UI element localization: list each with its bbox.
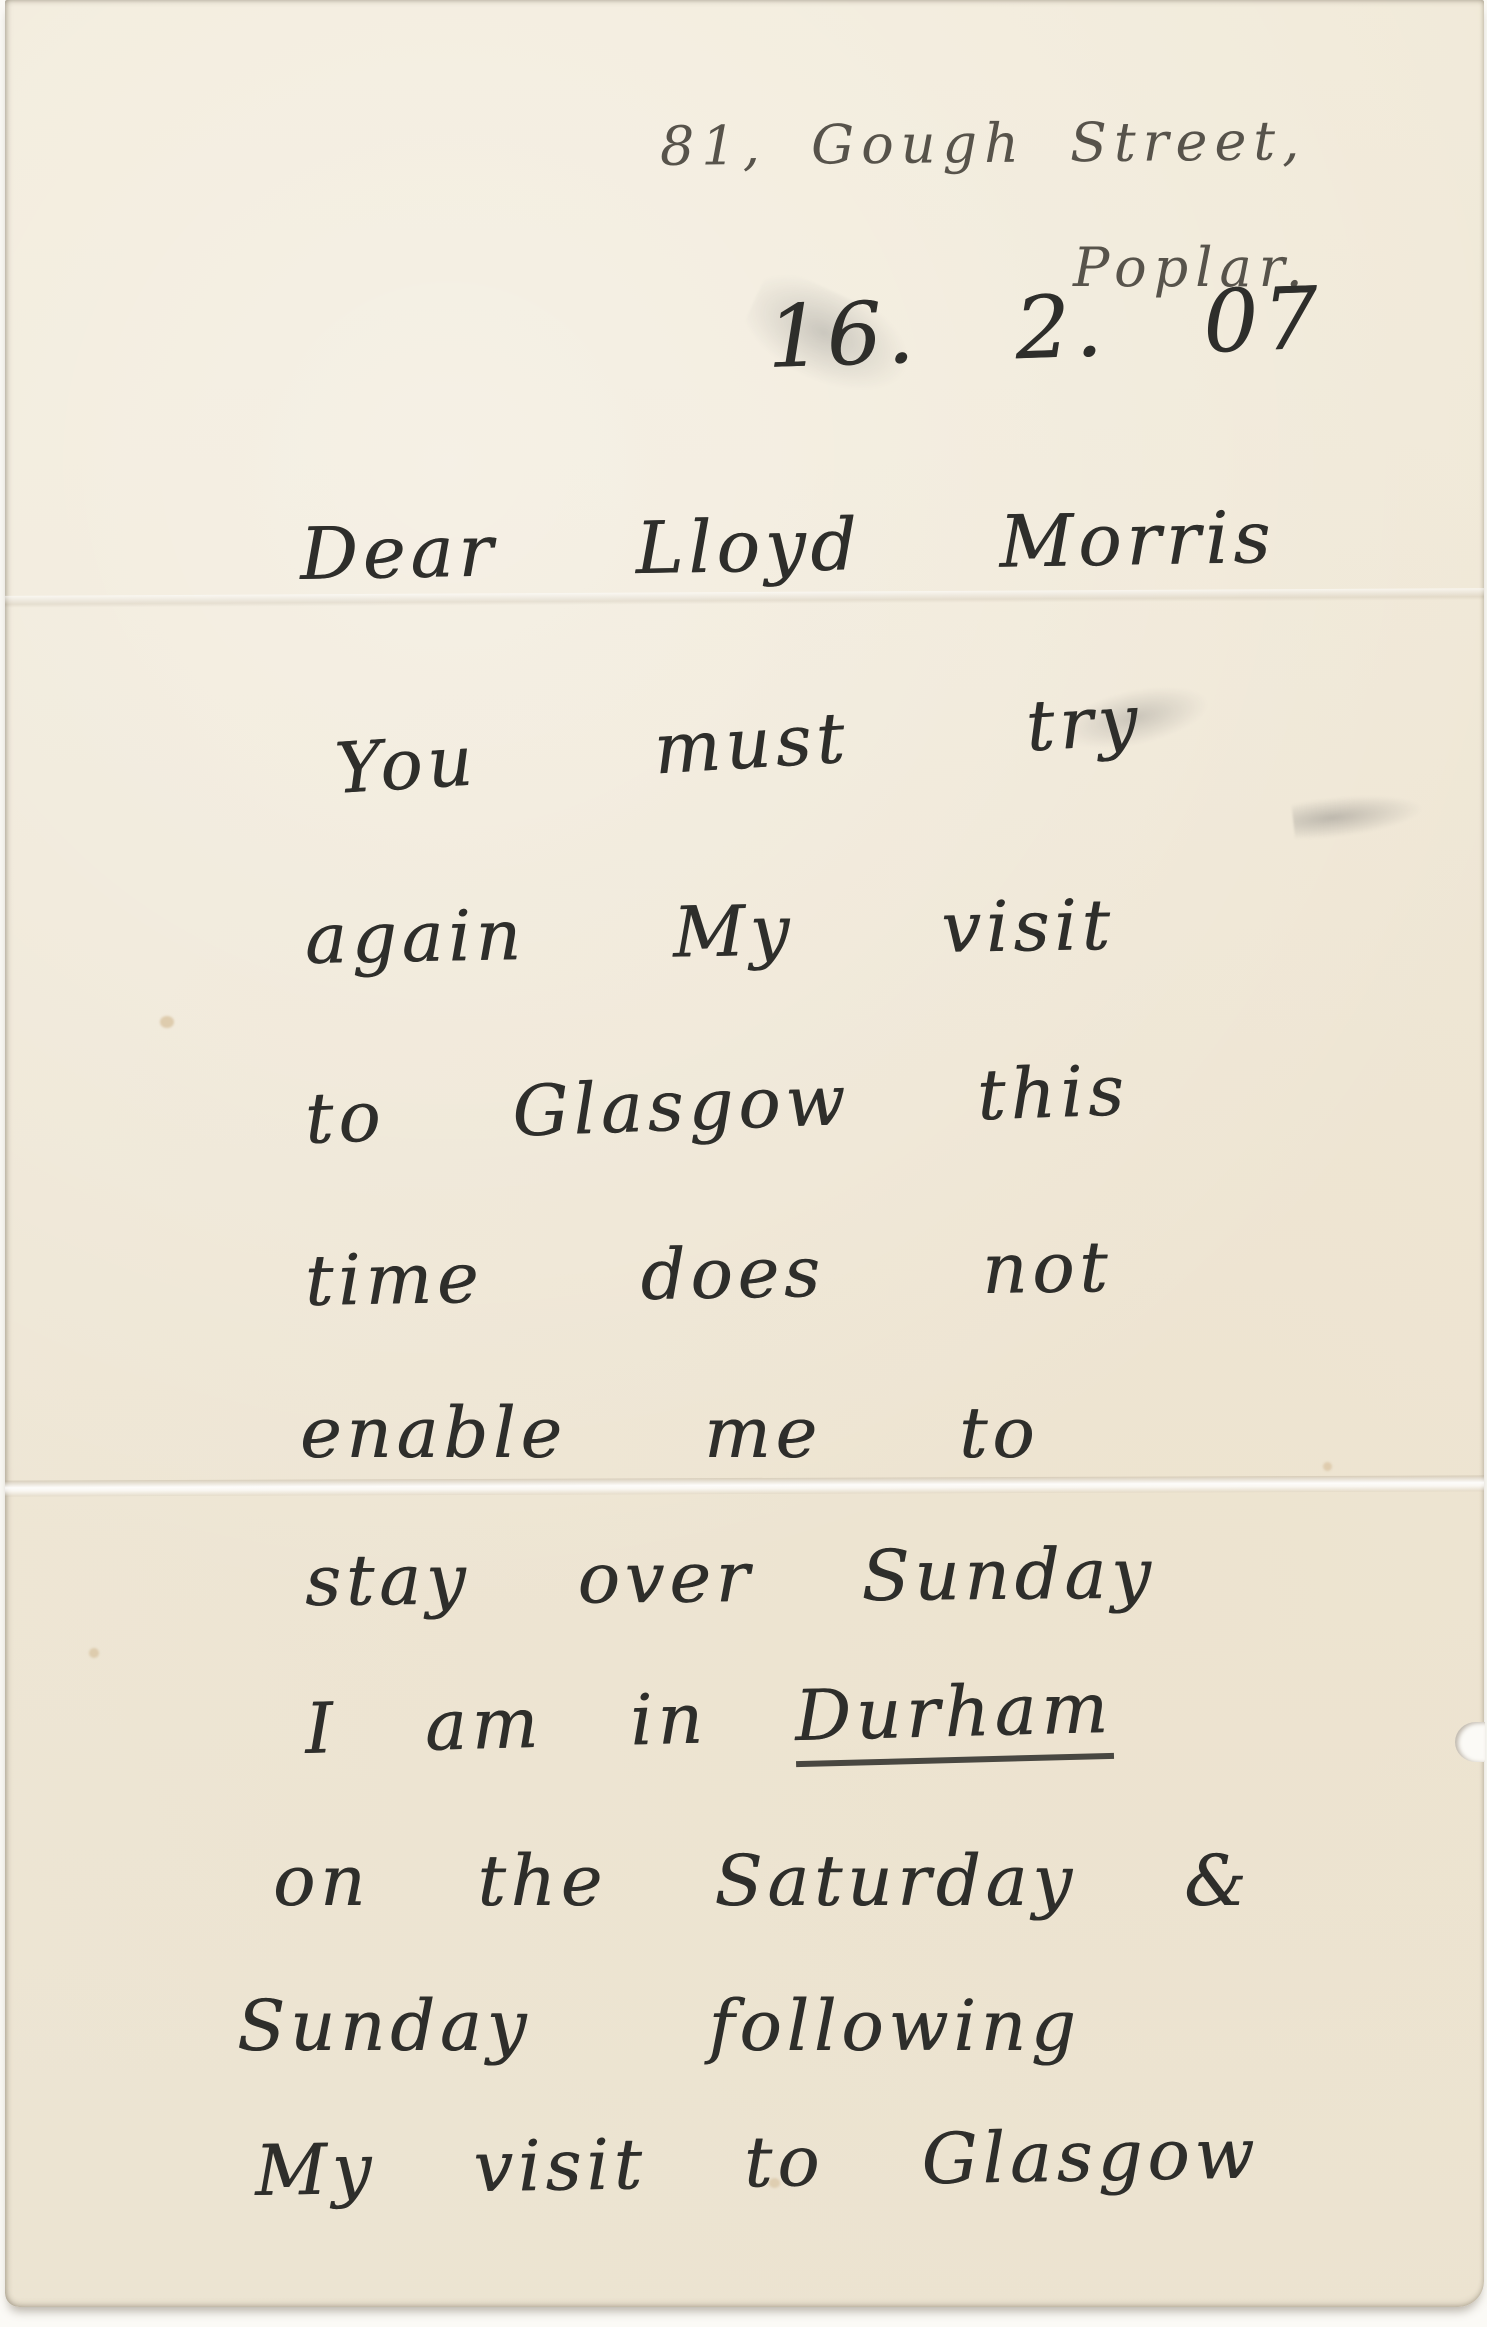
- fold-crease-lower: [5, 1475, 1484, 1496]
- body-line: You must try: [332, 679, 1144, 810]
- underlined-word: Durham: [794, 1667, 1114, 1767]
- foxing-spot: [89, 1648, 99, 1658]
- body-line: stay over Sunday: [305, 1533, 1156, 1622]
- body-line: My visit to Glasgow: [254, 2112, 1260, 2212]
- salutation: Dear Lloyd Morris: [299, 495, 1276, 596]
- body-text: to Glasgow this: [304, 1049, 1131, 1160]
- edge-tear: [1455, 1722, 1485, 1762]
- body-text: I am in: [304, 1675, 796, 1770]
- body-text: My visit to Glasgow: [254, 2112, 1260, 2212]
- body-text: You must try: [332, 679, 1144, 810]
- body-line: I am in Durham: [304, 1667, 1114, 1770]
- body-line: time does not: [304, 1226, 1113, 1322]
- letter-paper: 81, Gough Street, Poplar. 16. 2. 07 Dear…: [5, 0, 1484, 2307]
- body-text: stay over Sunday: [305, 1533, 1156, 1622]
- foxing-spot: [160, 1016, 174, 1028]
- body-line: again My visit: [304, 884, 1115, 980]
- fold-crease-upper: [5, 588, 1484, 608]
- body-text: Sunday following: [237, 1985, 1081, 2067]
- body-line: to Glasgow this: [304, 1049, 1131, 1160]
- body-text: time does not: [304, 1226, 1113, 1322]
- address-line-1: 81, Gough Street,: [660, 109, 1307, 178]
- body-line: enable me to: [300, 1392, 1039, 1474]
- pencil-smudge: [1291, 788, 1424, 841]
- body-text: again My visit: [304, 884, 1115, 980]
- letter-date: 16. 2. 07: [765, 269, 1324, 388]
- foxing-spot: [1323, 1462, 1332, 1471]
- scanned-letter: 81, Gough Street, Poplar. 16. 2. 07 Dear…: [0, 0, 1487, 2327]
- body-text: on the Saturday &: [273, 1840, 1251, 1922]
- body-line: on the Saturday &: [273, 1840, 1251, 1922]
- body-line: Sunday following: [237, 1985, 1081, 2067]
- body-text: enable me to: [300, 1392, 1039, 1474]
